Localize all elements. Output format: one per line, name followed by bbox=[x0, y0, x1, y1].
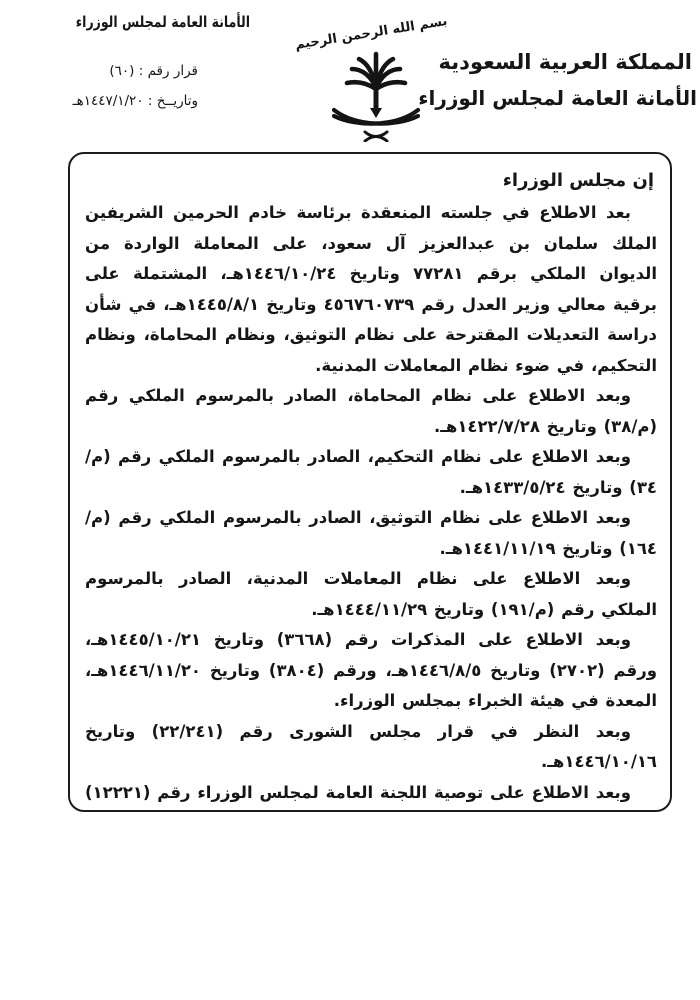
decision-paragraph: وبعد الاطلاع على نظام المحاماة، الصادر ب… bbox=[85, 381, 657, 442]
decision-paragraph: وبعد الاطلاع على المذكرات رقم (٣٦٦٨) وتا… bbox=[85, 625, 657, 717]
decision-date-line: وتاريــخ : ١٤٤٧/١/٢٠هـ bbox=[62, 86, 198, 116]
secretariat-stamp-calligraphy: الأمانة العامة لمجلس الوزراء bbox=[98, 12, 250, 30]
saudi-emblem-icon bbox=[332, 48, 420, 146]
kingdom-title-calligraphy: المملكة العربية السعودية bbox=[439, 50, 692, 74]
decision-number-line: قرار رقم : (٦٠) bbox=[62, 56, 198, 86]
decision-paragraph: وبعد النظر في قرار مجلس الشورى رقم (٢٢/٢… bbox=[85, 717, 657, 778]
decision-paragraph: وبعد الاطلاع على نظام المعاملات المدنية،… bbox=[85, 564, 657, 625]
decision-number-label: قرار رقم : bbox=[139, 63, 198, 79]
decision-opening: إن مجلس الوزراء bbox=[85, 166, 657, 196]
decision-date-label: وتاريــخ : bbox=[148, 93, 198, 109]
secretariat-title-calligraphy: الأمانة العامة لمجلس الوزراء bbox=[418, 86, 697, 110]
decision-paragraph: بعد الاطلاع في جلسته المنعقدة برئاسة خاد… bbox=[85, 198, 657, 381]
bismillah-calligraphy: بسم الله الرحمن الرحيم bbox=[318, 14, 449, 49]
decision-meta-block: قرار رقم : (٦٠) وتاريــخ : ١٤٤٧/١/٢٠هـ bbox=[62, 56, 198, 116]
decision-date-value: ١٤٤٧/١/٢٠هـ bbox=[73, 93, 144, 109]
decisions-banner: قرارات مجلس الوزراء bbox=[459, 152, 660, 157]
scanned-decision-page: الأمانة العامة لمجلس الوزراء قرار رقم : … bbox=[0, 0, 700, 1000]
decision-paragraph: وبعد الاطلاع على نظام التوثيق، الصادر با… bbox=[85, 503, 657, 564]
decision-frame: قرارات مجلس الوزراء إن مجلس الوزراء بعد … bbox=[68, 152, 672, 812]
decision-number-value: (٦٠) bbox=[109, 63, 134, 79]
decision-paragraph: وبعد الاطلاع على نظام التحكيم، الصادر با… bbox=[85, 442, 657, 503]
decision-paragraph: وبعد الاطلاع على توصية اللجنة العامة لمج… bbox=[85, 778, 657, 813]
